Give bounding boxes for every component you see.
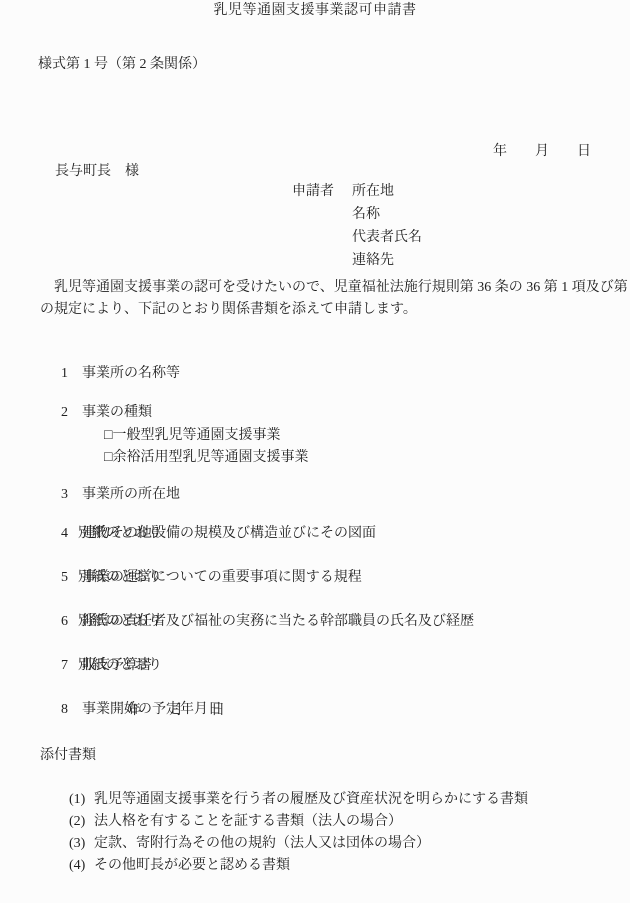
attachments-heading: 添付書類 [40,745,96,767]
date-line: 年 月 日 [493,141,591,163]
document-page: 様式第 1 号（第 2 条関係） 乳児等通園支援事業認可申請書 年 月 日 長与… [0,0,630,903]
document-title: 乳児等通園支援事業認可申請書 [0,0,630,22]
item-7-note: 別紙のとおり [78,655,162,677]
item-2-number: 2 [61,402,82,424]
addressee: 長与町長 様 [55,161,139,183]
attachment-4: (4)その他町長が必要と認める書類 [55,833,290,899]
item-8-date-placeholder: 年 月 日 [127,700,225,722]
item-3-title: 事業所の所在地 [82,487,180,502]
form-number: 様式第 1 号（第 2 条関係） [38,54,206,76]
item-5-note: 別紙のとおり [78,567,162,589]
applicant-field-address: 所在地 [352,181,394,203]
item-1-title: 事業所の名称等 [82,366,180,381]
item-4-note: 別紙のとおり [78,523,162,545]
item-8-number: 8 [61,699,82,721]
applicant-label: 申請者 [292,181,334,203]
attachment-4-number: (4) [69,855,94,877]
attachment-4-text: その他町長が必要と認める書類 [94,858,290,873]
applicant-field-name: 名称 [352,204,380,226]
body-paragraph-line1: 乳児等通園支援事業の認可を受けたいので、児童福祉法施行規則第 36 条の 36 … [54,277,630,299]
applicant-field-contact: 連絡先 [352,250,394,272]
item-6-note: 別紙のとおり [78,611,162,633]
body-paragraph-line2: の規定により、下記のとおり関係書類を添えて申請します。 [40,299,417,321]
applicant-field-representative: 代表者氏名 [352,227,422,249]
